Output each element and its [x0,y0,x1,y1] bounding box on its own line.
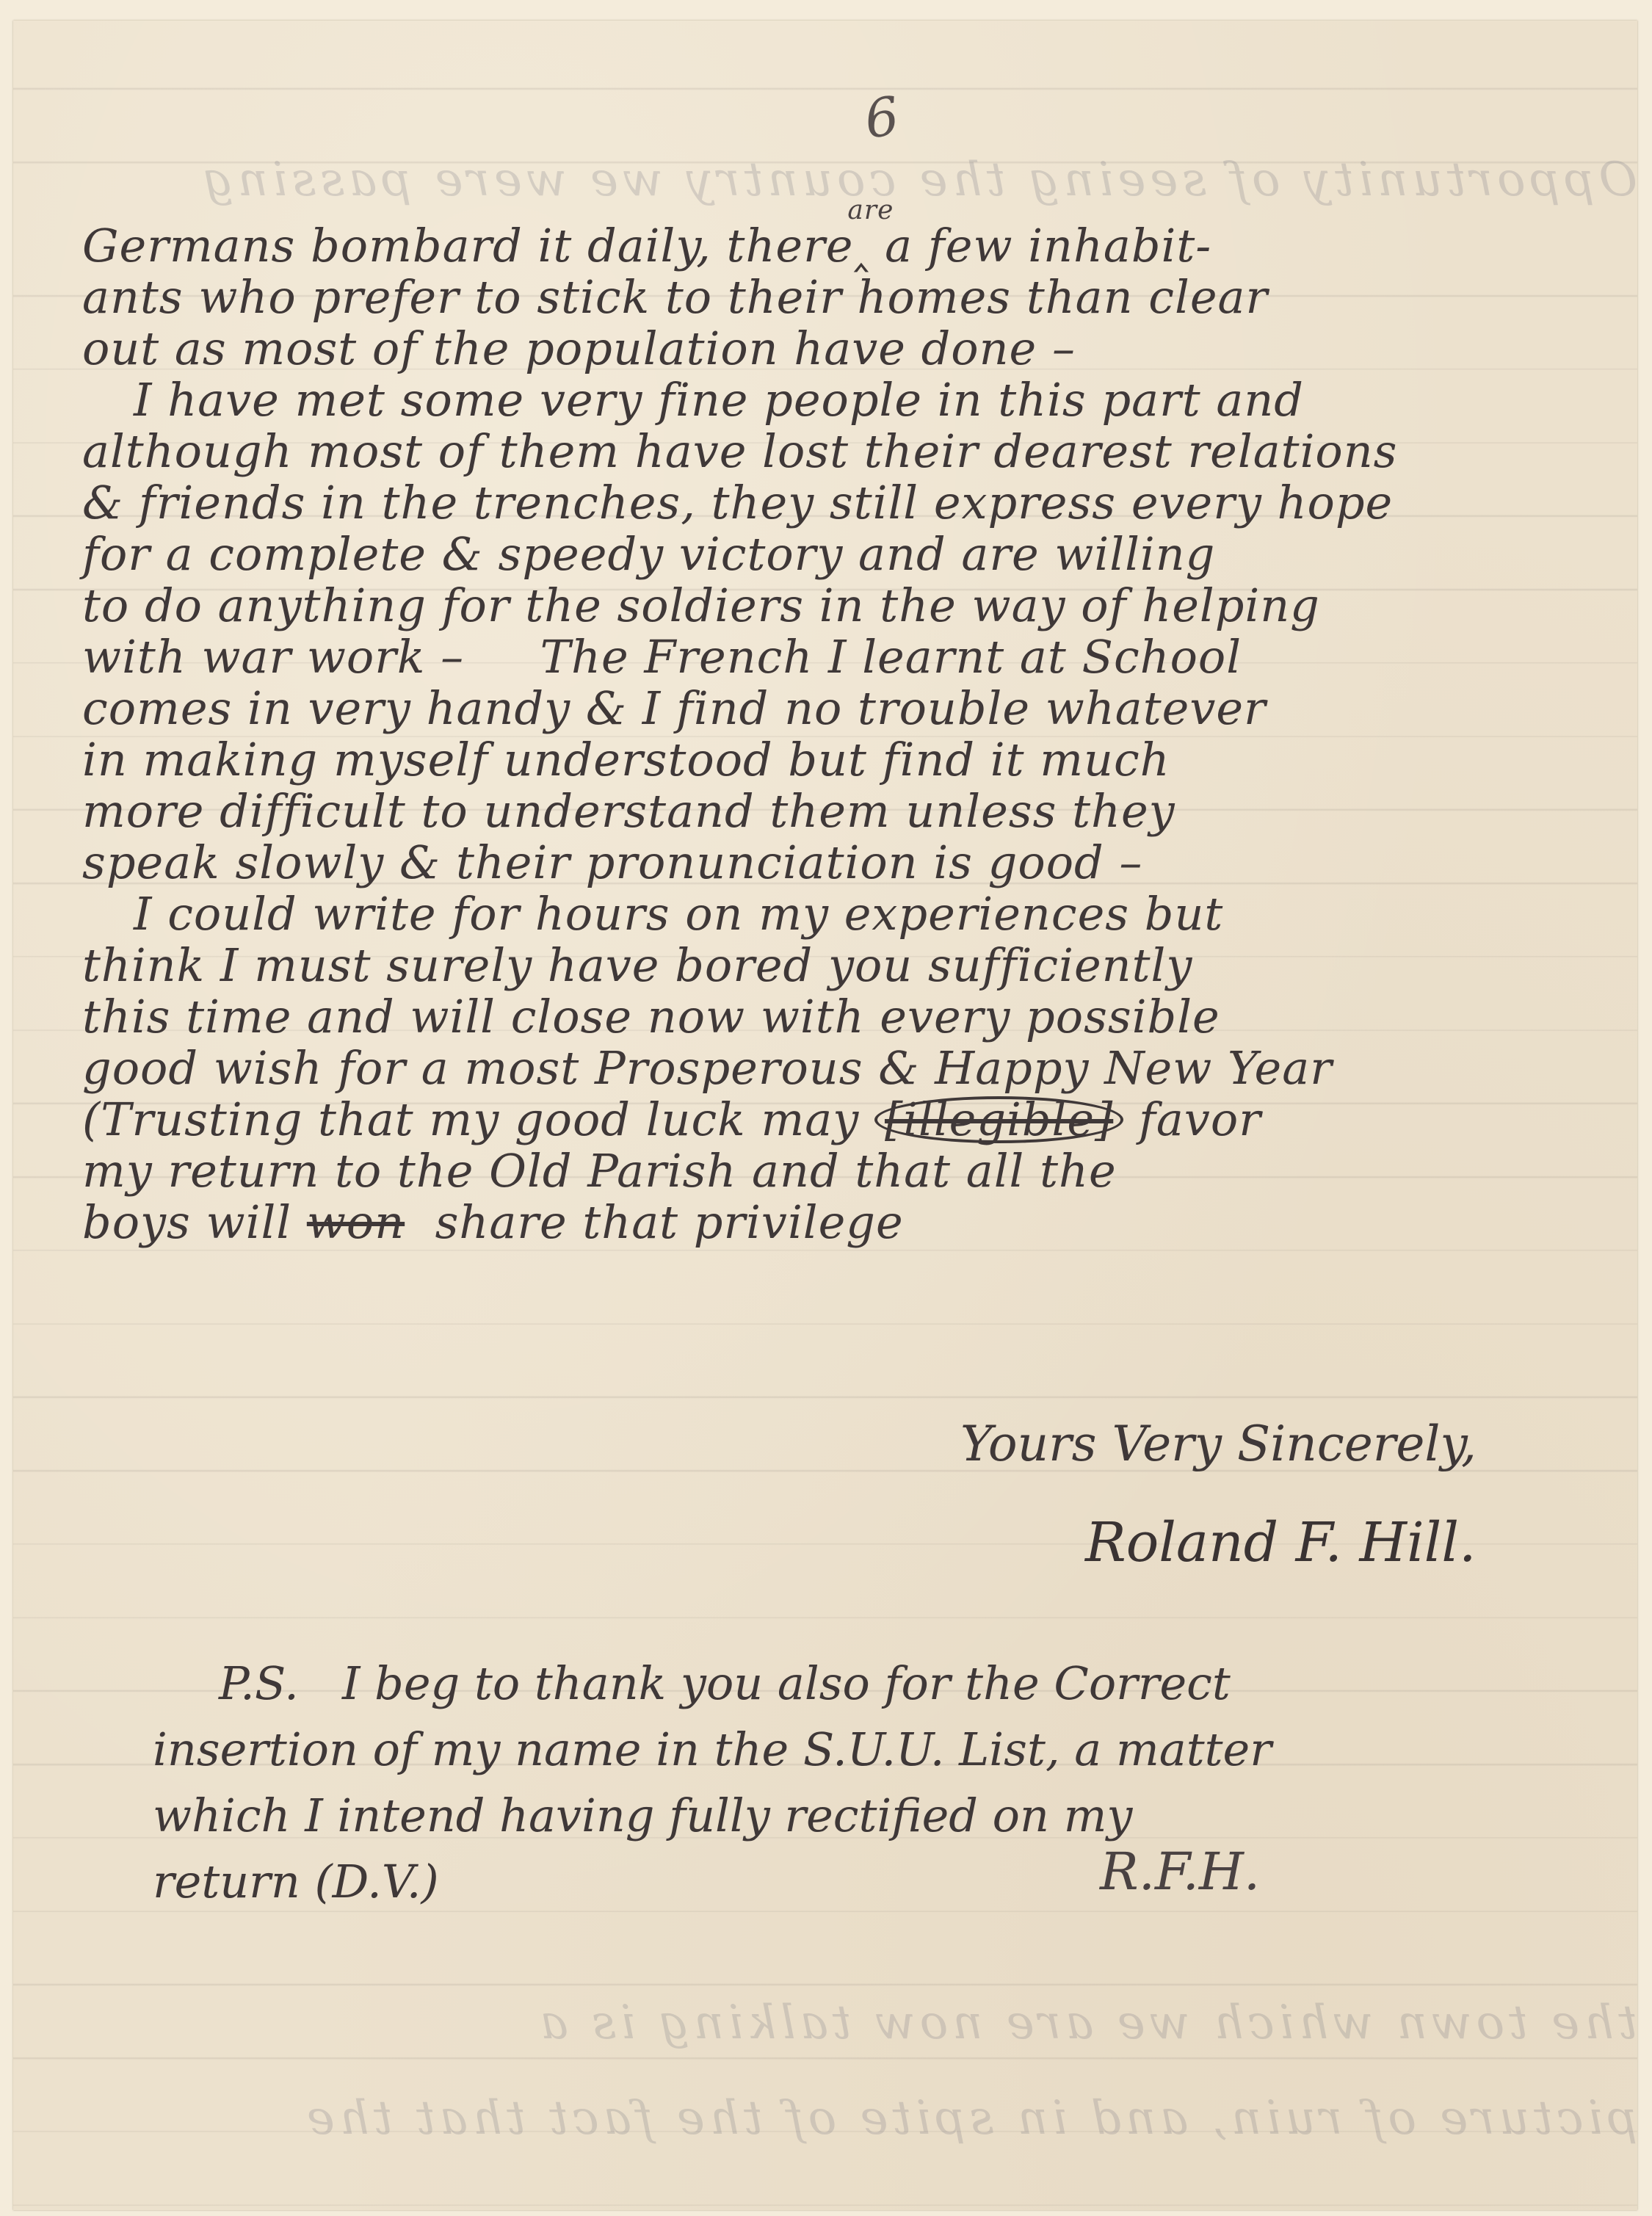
insertion-mark: are‸ [853,219,869,272]
signature: Roland F. Hill. [1085,1511,1477,1574]
line-text: Germans bombard it daily, there [82,219,853,272]
letter-line: & friends in the trenches, they still ex… [82,477,1631,529]
letter-line: boys will won share that privilege [82,1197,1631,1248]
postscript-line: which I intend having fully rectified on… [153,1783,1621,1849]
letter-line: good wish for a most Prosperous & Happy … [82,1043,1631,1094]
line-text: boys will [82,1195,307,1249]
letter-line: ants who prefer to stick to their homes … [82,272,1631,323]
letter-line: Germans bombard it daily, thereare‸ a fe… [82,220,1631,272]
line-text: share that privilege [420,1195,904,1249]
crossed-out-word: [illegible] [874,1096,1123,1143]
postscript-initials: R.F.H. [1100,1842,1260,1902]
letter-line: more difficult to understand them unless… [82,786,1631,837]
line-text: I beg to thank you also for the Correct [342,1656,1231,1710]
line-text: (Trusting that my good luck may [82,1093,859,1146]
crossed-out-word: won [307,1195,405,1249]
letter-line: my return to the Old Parish and that all… [82,1145,1631,1197]
postscript: P.S. I beg to thank you also for the Cor… [153,1651,1621,1915]
letter-line: this time and will close now with every … [82,991,1631,1043]
bleed-through-text: Opportunity of seeing the country we wer… [13,153,1637,207]
postscript-line: P.S. I beg to thank you also for the Cor… [153,1651,1621,1717]
line-text: favor [1123,1093,1261,1146]
postscript-label: P.S. [219,1656,299,1710]
letter-line: speak slowly & their pronunciation is go… [82,837,1631,888]
bleed-through-text: picture of ruin, and in spite of the fac… [13,2091,1637,2146]
letter-line: think I must surely have bored you suffi… [82,940,1631,991]
letter-line: comes in very handy & I find no trouble … [82,683,1631,734]
letter-line: I could write for hours on my experience… [82,888,1631,940]
letter-line: for a complete & speedy victory and are … [82,529,1631,580]
inserted-word: are [847,185,894,236]
line-text: a few inhabit- [869,219,1211,272]
letter-body: Germans bombard it daily, thereare‸ a fe… [82,220,1631,1248]
bleed-through-text: the town which we are now talking is a [13,1996,1637,2050]
letter-line: in making myself understood but find it … [82,734,1631,786]
letter-line: I have met some very fine people in this… [82,374,1631,426]
postscript-line: insertion of my name in the S.U.U. List,… [153,1717,1621,1783]
postscript-line: return (D.V.) [153,1849,1621,1915]
letter-page: Opportunity of seeing the country we wer… [13,21,1637,2210]
closing-salutation: Yours Very Sincerely, [960,1416,1477,1472]
letter-line: (Trusting that my good luck may [illegib… [82,1094,1631,1145]
letter-line: out as most of the population have done … [82,323,1631,374]
letter-line: to do anything for the soldiers in the w… [82,580,1631,631]
letter-line: although most of them have lost their de… [82,426,1631,477]
letter-line: with war work – The French I learnt at S… [82,631,1631,683]
